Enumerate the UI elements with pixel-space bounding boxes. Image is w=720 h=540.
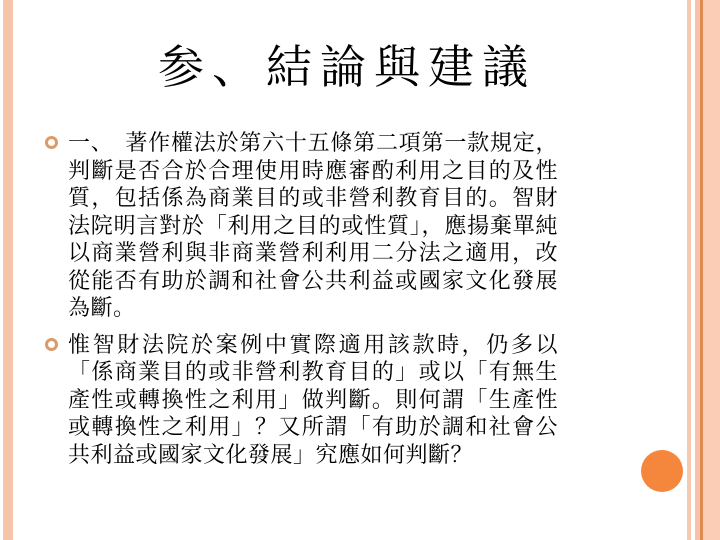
right-border-stripe-thin — [687, 0, 691, 540]
ring-bullet-icon — [45, 338, 58, 351]
list-item: 一、 著作權法於第六十五條第二項第一款規定，判斷是否合於合理使用時應審酌利用之目… — [45, 129, 558, 322]
right-border-stripe-band — [703, 0, 720, 540]
bullet-text: 一、 著作權法於第六十五條第二項第一款規定，判斷是否合於合理使用時應審酌利用之目… — [68, 130, 558, 320]
ring-bullet-icon — [45, 136, 58, 149]
bullet-text: 惟智財法院於案例中實際適用該款時，仍多以「係商業目的或非營利教育目的」或以「有無… — [68, 332, 558, 467]
accent-circle-decoration — [641, 450, 683, 492]
slide-title: 参、結論與建議 — [14, 40, 680, 95]
presentation-slide: 参、結論與建議 一、 著作權法於第六十五條第二項第一款規定，判斷是否合於合理使用… — [0, 0, 720, 540]
list-item: 惟智財法院於案例中實際適用該款時，仍多以「係商業目的或非營利教育目的」或以「有無… — [45, 331, 558, 469]
left-border-stripe — [3, 0, 13, 540]
bullet-list: 一、 著作權法於第六十五條第二項第一款規定，判斷是否合於合理使用時應審酌利用之目… — [0, 129, 558, 468]
